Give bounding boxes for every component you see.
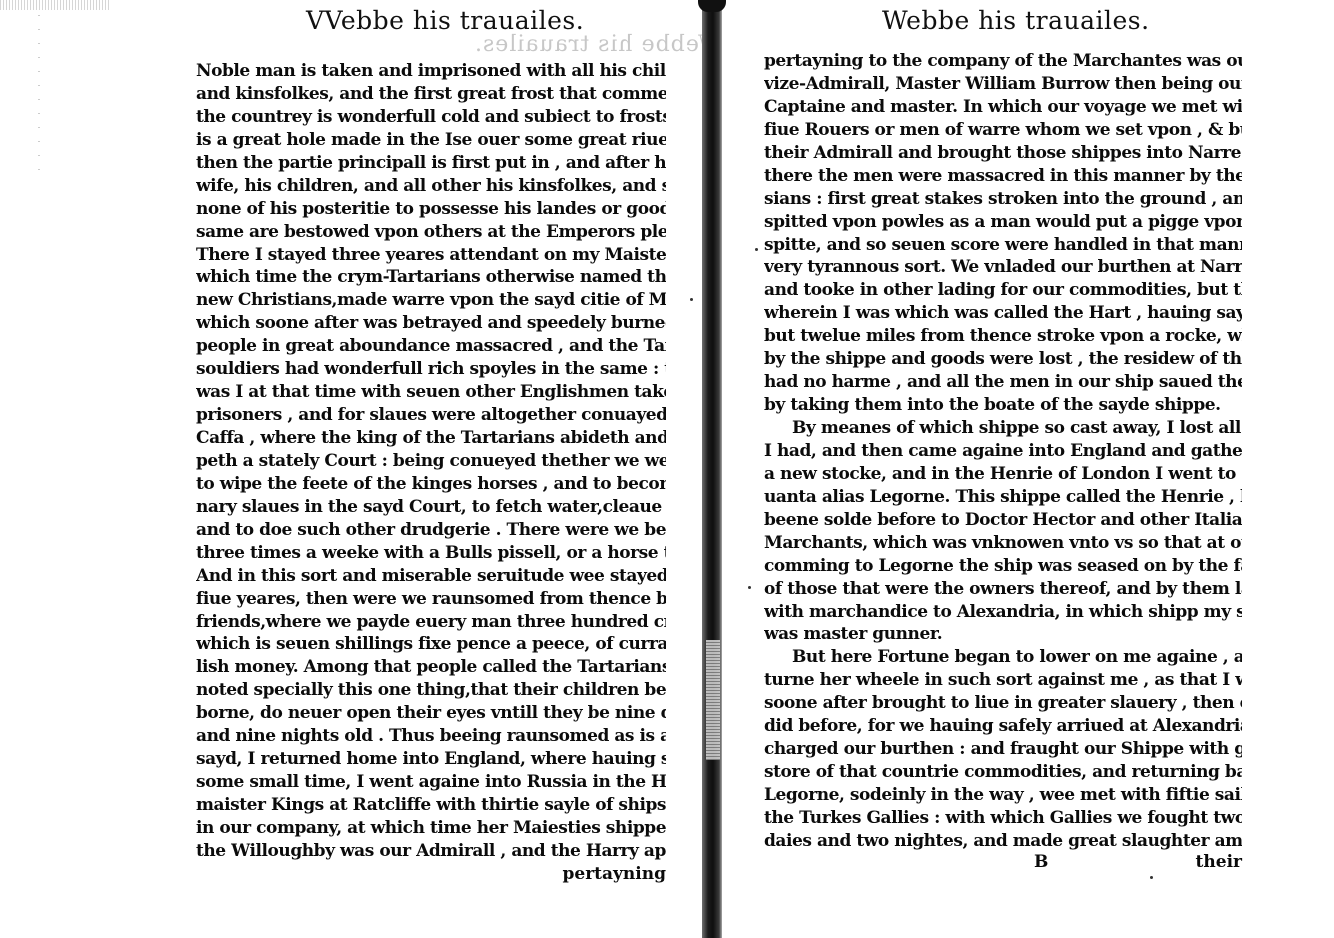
margin-speck bbox=[690, 298, 693, 301]
text-line: which soone after was betrayed and speed… bbox=[196, 312, 666, 335]
text-line: turne her wheele in such sort against me… bbox=[764, 669, 1242, 692]
text-line: Legorne, sodeinly in the way , wee met w… bbox=[764, 784, 1242, 807]
text-line: beene solde before to Doctor Hector and … bbox=[764, 509, 1242, 532]
text-line: but twelue miles from thence stroke vpon… bbox=[764, 325, 1242, 348]
text-line: wife, his children, and all other his ki… bbox=[196, 175, 666, 198]
text-line: maister Kings at Ratcliffe with thirtie … bbox=[196, 794, 666, 817]
text-line: By meanes of which shippe so cast away, … bbox=[764, 417, 1242, 440]
right-running-head: Webbe his trauailes. bbox=[764, 6, 1242, 38]
text-line: some small time, I went againe into Russ… bbox=[196, 771, 666, 794]
text-line: But here Fortune began to lower on me ag… bbox=[764, 646, 1242, 669]
text-line: vize-Admirall, Master William Burrow the… bbox=[764, 73, 1242, 96]
text-line: peth a stately Court : being conueyed th… bbox=[196, 450, 666, 473]
text-line: the countrey is wonderfull cold and subi… bbox=[196, 106, 666, 129]
left-catchword: pertayning bbox=[196, 863, 666, 885]
text-line: store of that countrie commodities, and … bbox=[764, 761, 1242, 784]
scan-edge-specks bbox=[38, 15, 40, 175]
text-line: And in this sort and miserable seruitude… bbox=[196, 565, 666, 588]
text-line: lish money. Among that people called the… bbox=[196, 656, 666, 679]
text-line: uanta alias Legorne. This shippe called … bbox=[764, 486, 1242, 509]
left-body-text: Noble man is taken and imprisoned with a… bbox=[196, 60, 666, 885]
text-line: was I at that time with seuen other Engl… bbox=[196, 381, 666, 404]
gutter-fade bbox=[706, 640, 720, 760]
right-page: Webbe his trauailes. pertayning to the c… bbox=[764, 0, 1242, 875]
text-line: people in great aboundance massacred , a… bbox=[196, 335, 666, 358]
text-line: a new stocke, and in the Henrie of Londo… bbox=[764, 463, 1242, 486]
text-line: fiue Rouers or men of warre whom we set … bbox=[764, 119, 1242, 142]
text-line: by taking them into the boate of the say… bbox=[764, 394, 1242, 417]
text-line: prisoners , and for slaues were altogeth… bbox=[196, 404, 666, 427]
text-line: none of his posteritie to possesse his l… bbox=[196, 198, 666, 221]
text-line: friends,where we payde euery man three h… bbox=[196, 611, 666, 634]
text-line: Caffa , where the king of the Tartarians… bbox=[196, 427, 666, 450]
text-line: comming to Legorne the ship was seased o… bbox=[764, 555, 1242, 578]
text-line: which time the crym-Tartarians otherwise… bbox=[196, 266, 666, 289]
text-line: very tyrannous sort. We vnladed our burt… bbox=[764, 256, 1242, 279]
text-line: and tooke in other lading for our commod… bbox=[764, 279, 1242, 302]
text-line: had no harme , and all the men in our sh… bbox=[764, 371, 1242, 394]
text-line: spitted vpon powles as a man would put a… bbox=[764, 211, 1242, 234]
text-line: and nine nights old . Thus beeing raunso… bbox=[196, 725, 666, 748]
bleed-through-heading: Webbe his trauailes. bbox=[474, 32, 721, 57]
text-line: pertayning to the company of the Marchan… bbox=[764, 50, 1242, 73]
text-line: noted specially this one thing,that thei… bbox=[196, 679, 666, 702]
text-line: there the men were massacred in this man… bbox=[764, 165, 1242, 188]
text-line: with marchandice to Alexandria, in which… bbox=[764, 601, 1242, 624]
text-line: and to doe such other drudgerie . There … bbox=[196, 519, 666, 542]
text-line: soone after brought to liue in greater s… bbox=[764, 692, 1242, 715]
text-line: charged our burthen : and fraught our Sh… bbox=[764, 738, 1242, 761]
margin-speck bbox=[748, 586, 751, 589]
margin-speck bbox=[1150, 876, 1153, 879]
text-line: is a great hole made in the Ise ouer som… bbox=[196, 129, 666, 152]
text-line: by the shippe and goods were lost , the … bbox=[764, 348, 1242, 371]
text-line: Captaine and master. In which our voyage… bbox=[764, 96, 1242, 119]
margin-speck bbox=[755, 248, 758, 251]
text-line: and kinsfolkes, and the first great fros… bbox=[196, 83, 666, 106]
book-gutter bbox=[702, 0, 722, 938]
signature-mark: B bbox=[1034, 851, 1048, 873]
text-line: sians : first great stakes stroken into … bbox=[764, 188, 1242, 211]
page-footer: B their bbox=[764, 853, 1242, 875]
text-line: wherein I was which was called the Hart … bbox=[764, 302, 1242, 325]
text-line: I had, and then came againe into England… bbox=[764, 440, 1242, 463]
text-line: three times a weeke with a Bulls pissell… bbox=[196, 542, 666, 565]
text-line: new Christians,made warre vpon the sayd … bbox=[196, 289, 666, 312]
text-line: was master gunner. bbox=[764, 623, 1242, 646]
text-line: in our company, at which time her Maiest… bbox=[196, 817, 666, 840]
left-page: VVebbe his trauailes. Webbe his trauaile… bbox=[196, 0, 666, 885]
text-line: nary slaues in the sayd Court, to fetch … bbox=[196, 496, 666, 519]
text-line: their Admirall and brought those shippes… bbox=[764, 142, 1242, 165]
text-line: the Turkes Gallies : with which Gallies … bbox=[764, 807, 1242, 830]
text-line: of those that were the owners thereof, a… bbox=[764, 578, 1242, 601]
text-line: same are bestowed vpon others at the Emp… bbox=[196, 221, 666, 244]
text-line: to wipe the feete of the kinges horses ,… bbox=[196, 473, 666, 496]
text-line: daies and two nightes, and made great sl… bbox=[764, 830, 1242, 853]
text-line: then the partie principall is first put … bbox=[196, 152, 666, 175]
text-line: the Willoughby was our Admirall , and th… bbox=[196, 840, 666, 863]
scan-noise bbox=[0, 0, 110, 10]
text-line: which is seuen shillings fixe pence a pe… bbox=[196, 633, 666, 656]
text-line: There I stayed three yeares attendant on… bbox=[196, 244, 666, 267]
text-line: borne, do neuer open their eyes vntill t… bbox=[196, 702, 666, 725]
text-line: Marchants, which was vnknowen vnto vs so… bbox=[764, 532, 1242, 555]
text-line: sayd, I returned home into England, wher… bbox=[196, 748, 666, 771]
right-body-text: pertayning to the company of the Marchan… bbox=[764, 50, 1242, 875]
text-line: fiue yeares, then were we raunsomed from… bbox=[196, 588, 666, 611]
text-line: Noble man is taken and imprisoned with a… bbox=[196, 60, 666, 83]
right-catchword: their bbox=[1196, 851, 1242, 873]
book-spread: VVebbe his trauailes. Webbe his trauaile… bbox=[0, 0, 1334, 938]
text-line: did before, for we hauing safely arriued… bbox=[764, 715, 1242, 738]
text-line: souldiers had wonderfull rich spoyles in… bbox=[196, 358, 666, 381]
text-line: spitte, and so seuen score were handled … bbox=[764, 234, 1242, 257]
